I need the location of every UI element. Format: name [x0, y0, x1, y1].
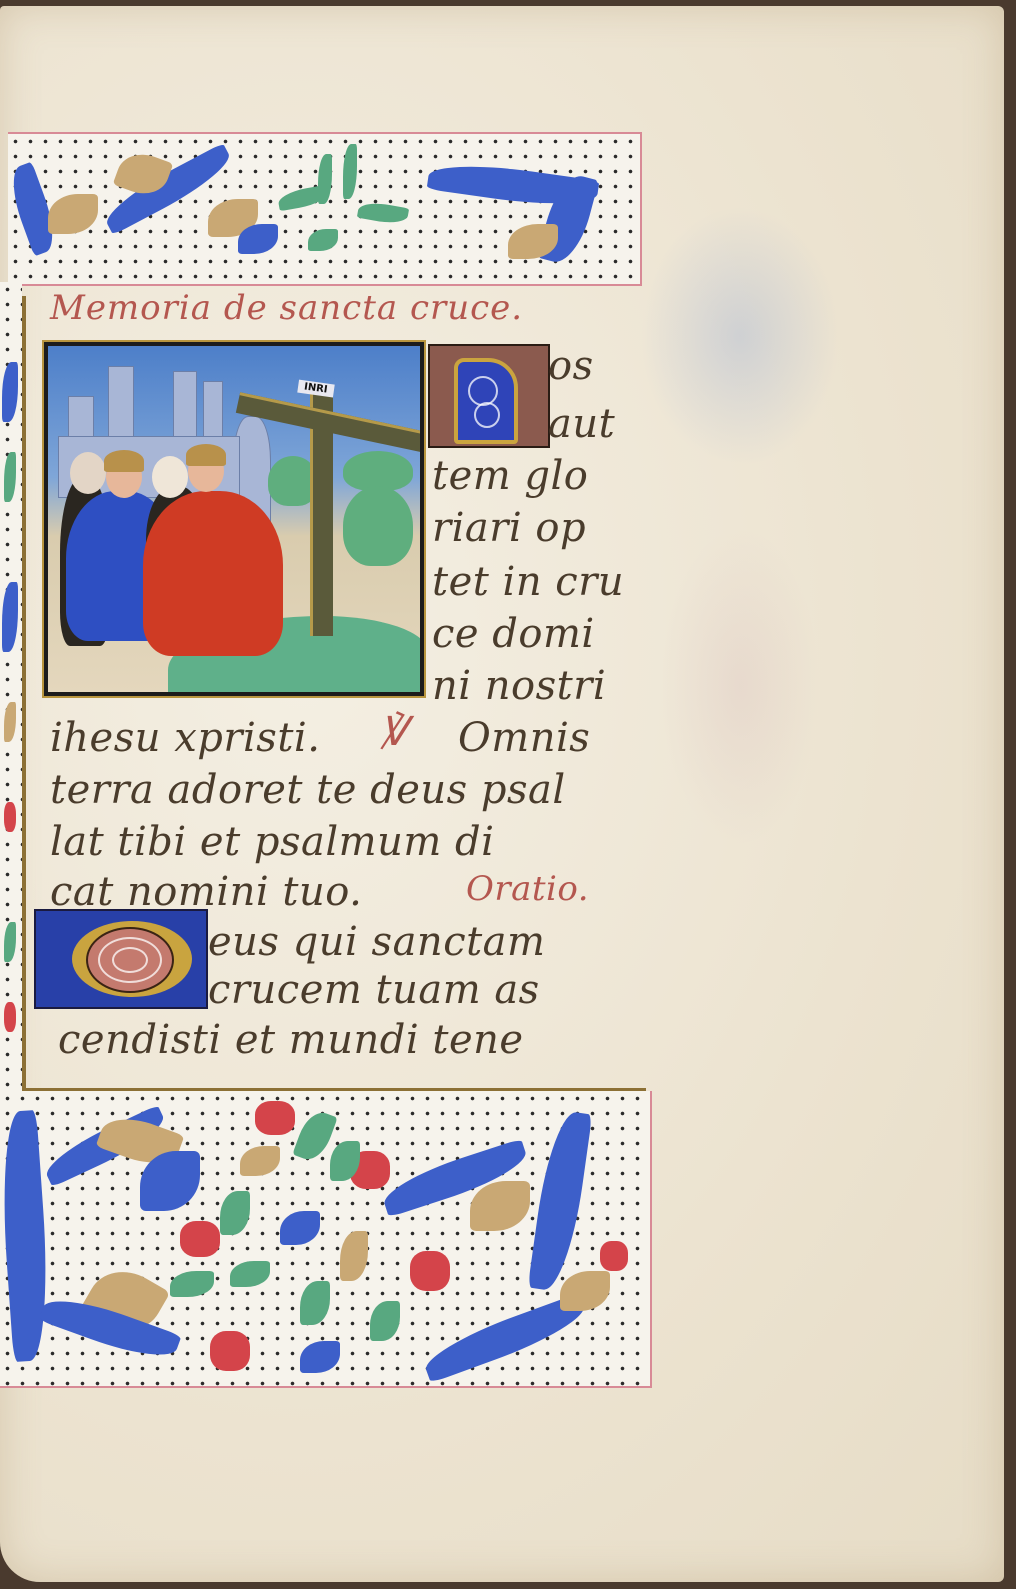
- tree-icon: [343, 451, 413, 491]
- tree-icon: [343, 486, 413, 566]
- acanthus-leaf-icon: [0, 1110, 54, 1362]
- strawberry-icon: [410, 1251, 450, 1291]
- text-line: cendisti et mundi tene: [58, 1020, 524, 1060]
- acanthus-leaf-icon: [2, 582, 18, 652]
- left-border-decoration: [0, 282, 22, 1092]
- rubric-heading: Memoria de sancta cruce.: [50, 288, 523, 328]
- acanthus-leaf-icon: [238, 224, 278, 254]
- veiled-head: [70, 452, 106, 494]
- text-line: aut: [548, 404, 615, 444]
- leaf-icon: [308, 229, 338, 251]
- leaf-icon: [340, 1231, 368, 1281]
- top-border-decoration: [8, 132, 642, 286]
- acanthus-leaf-icon: [470, 1181, 530, 1231]
- filigree-icon: [474, 402, 500, 428]
- oratio-rubric: Oratio.: [466, 872, 589, 906]
- text-line: ni nostri: [432, 666, 606, 706]
- figure-hair: [104, 450, 144, 472]
- leaf-icon: [230, 1261, 270, 1287]
- grape-cluster-icon: [300, 1341, 340, 1373]
- text-line: crucem tuam as: [208, 970, 540, 1010]
- initial-letter-body: [86, 927, 174, 993]
- miniature-painting: INRI: [44, 342, 424, 696]
- grape-cluster-icon: [280, 1211, 320, 1245]
- show-through-stain: [640, 206, 840, 466]
- text-line: terra adoret te deus psal: [50, 770, 566, 810]
- text-line: ce domi: [432, 614, 595, 654]
- acanthus-leaf-icon: [560, 1271, 610, 1311]
- text-line: lat tibi et psalmum di: [50, 822, 494, 862]
- leaf-icon: [240, 1146, 280, 1176]
- acanthus-leaf-icon: [2, 362, 18, 422]
- show-through-stain: [660, 526, 820, 846]
- bottom-border-decoration: [0, 1091, 652, 1388]
- kneeling-figure-red: [143, 491, 283, 656]
- strawberry-icon: [210, 1331, 250, 1371]
- text-line: tet in cru: [432, 562, 624, 602]
- leaf-icon: [300, 1281, 330, 1325]
- text-line: Omnis: [458, 718, 590, 758]
- leaf-icon: [4, 452, 16, 502]
- leaf-icon: [220, 1191, 250, 1235]
- figure-hair: [186, 444, 226, 466]
- text-line: os: [548, 346, 594, 386]
- text-line: riari op: [432, 508, 586, 548]
- manuscript-page: Memoria de sancta cruce. INRI: [0, 6, 1004, 1582]
- acanthus-leaf-icon: [4, 702, 16, 742]
- flower-icon: [600, 1241, 628, 1271]
- acanthus-leaf-icon: [528, 1109, 593, 1293]
- initial-letter-body: [454, 358, 518, 444]
- acanthus-leaf-icon: [48, 194, 98, 234]
- strawberry-icon: [180, 1221, 220, 1257]
- decorated-initial-n: [428, 344, 550, 448]
- veiled-head: [152, 456, 188, 498]
- cross-titulus: INRI: [297, 380, 334, 398]
- text-line: ihesu xpristi.: [50, 718, 320, 758]
- flower-icon: [4, 802, 16, 832]
- filigree-icon: [112, 947, 148, 973]
- leaf-icon: [370, 1301, 400, 1341]
- text-line: cat nomini tuo.: [50, 872, 362, 912]
- leaf-icon: [318, 154, 332, 204]
- leaf-icon: [170, 1271, 214, 1297]
- flower-icon: [4, 1002, 16, 1032]
- text-line: eus qui sanctam: [208, 922, 545, 962]
- text-line: tem glo: [432, 456, 588, 496]
- leaf-icon: [343, 144, 357, 199]
- leaf-icon: [357, 200, 409, 226]
- versicle-mark: ℣: [380, 712, 408, 752]
- strawberry-icon: [255, 1101, 295, 1135]
- leaf-icon: [4, 922, 16, 962]
- decorated-initial-d: [34, 909, 208, 1009]
